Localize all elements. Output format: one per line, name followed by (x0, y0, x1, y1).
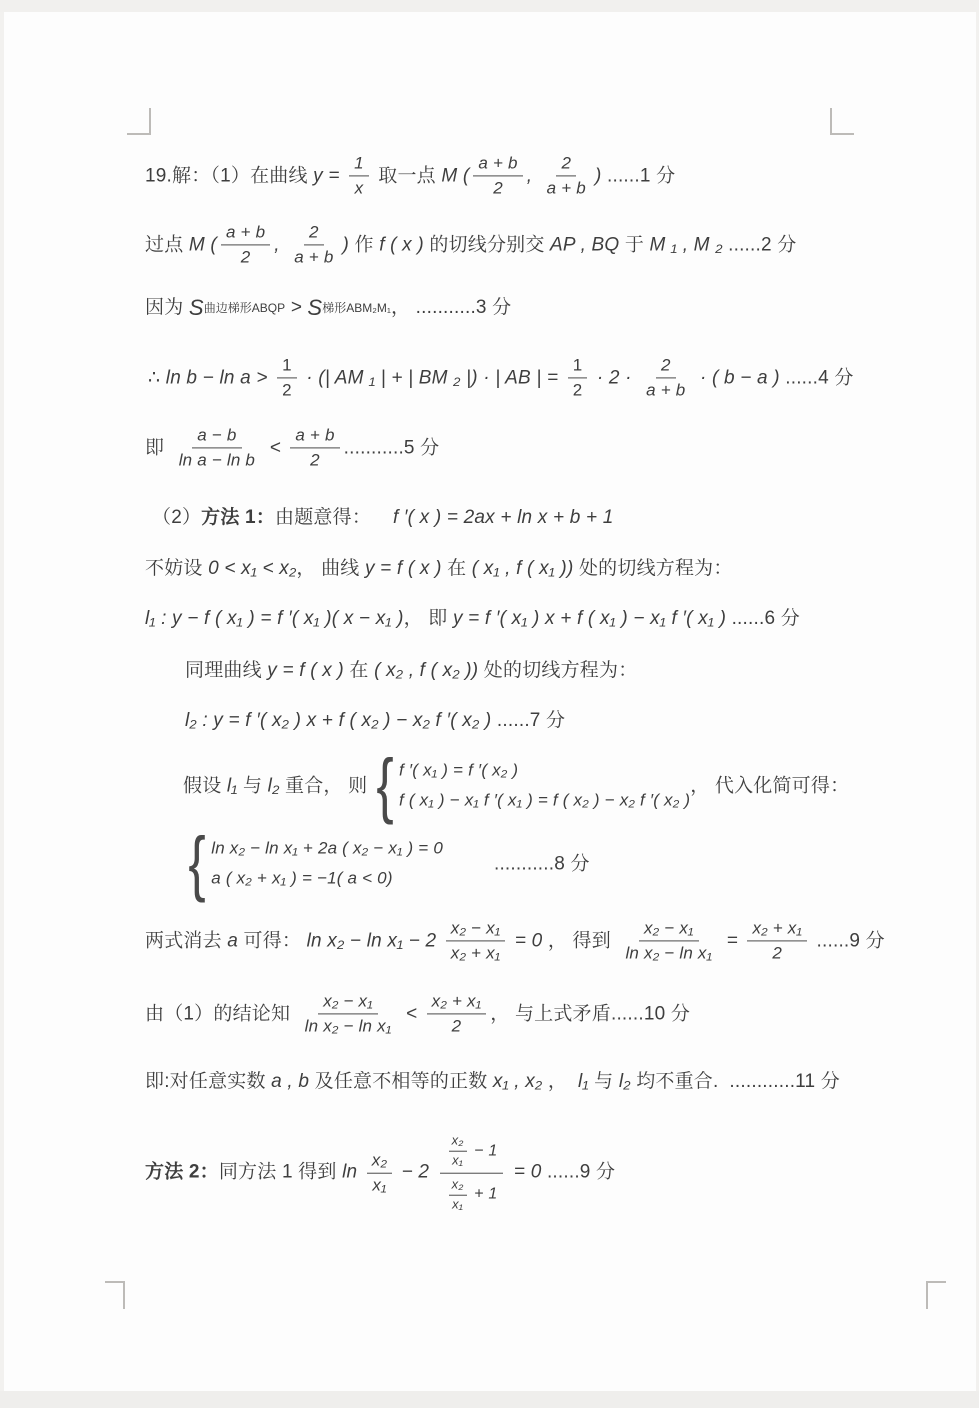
crop-mark-top-right (830, 108, 854, 135)
math-run: M ( (189, 232, 217, 258)
math-run: ( x₁ , f ( x₁ )) (472, 556, 579, 582)
fraction-denominator: 2 (277, 379, 297, 402)
text-run: 由（1）的结论知 (145, 1001, 296, 1027)
text-run: ， 得到 (548, 928, 617, 954)
math-run: = 0 (508, 1160, 547, 1186)
fraction: x₂ − x₁ln x₂ − ln x₁ (620, 917, 717, 964)
crop-mark-bottom-left (105, 1281, 125, 1309)
solution-line-1: 19.解：（1）在曲线 y = 1x 取一点 M ( a + b2 , 2a +… (145, 152, 675, 199)
score-marker: ......4 分 (785, 365, 853, 391)
fraction-numerator: x₂ − x₁ (446, 917, 506, 941)
fraction-denominator: x (350, 177, 369, 200)
solution-line-16: 方法 2： 同方法 1 得到 ln x₂x₁ − 2 x₂x₁ − 1 x₂x₁… (145, 1133, 615, 1214)
score-marker: ......9 分 (547, 1160, 615, 1186)
score-marker: ......1 分 (607, 163, 675, 189)
math-run: · ( b − a ) (694, 365, 785, 391)
text-run: 处的切线方程为： (484, 658, 638, 684)
text-run: ， 曲线 (296, 556, 365, 582)
fraction-denominator: ln x₂ − ln x₁ (300, 1015, 397, 1038)
math-run: < (264, 435, 286, 461)
fraction-numerator: x₂ − x₁ (639, 917, 699, 941)
math-run: x₁ , x₂ (493, 1069, 548, 1095)
math-run: ) (595, 163, 607, 189)
solution-line-9: 同理曲线 y = f ( x ) 在 ( x₂ , f ( x₂ )) 处的切线… (185, 658, 637, 684)
math-run: f ′( x ) = 2ax + ln x + b + 1 (393, 505, 614, 531)
solution-line-12: { ln x₂ − ln x₁ + 2a ( x₂ − x₁ ) = 0 a (… (185, 833, 590, 894)
solution-line-3: 因为 S曲边梯形ABQP > S梯形ABM₂M₁ ， ...........3 … (145, 293, 511, 323)
math-run: > (285, 295, 307, 321)
score-marker: ...........5 分 (344, 435, 440, 461)
math-run: y = f ( x ) (365, 556, 447, 582)
fraction-denominator: 2 (236, 246, 256, 269)
score-marker: ...........8 分 (483, 851, 590, 877)
fraction-numerator: x₂ + x₁ (747, 917, 807, 941)
text-run: 可得： (244, 928, 307, 954)
text-run: 取一点 (373, 163, 442, 189)
solution-line-7: 不妨设 0 < x₁ < x₂ ， 曲线 y = f ( x ) 在 ( x₁ … (145, 556, 733, 582)
math-run: − 1 (470, 1140, 498, 1162)
nested-fraction-denominator: x₂x₁ + 1 (440, 1174, 504, 1214)
math-run: , (274, 232, 285, 258)
text-run: （2） (152, 505, 201, 531)
score-marker: ......2 分 (728, 232, 796, 258)
solution-line-4: ∴ ln b − ln a > 12 · (| AM ₁ | + | BM ₂ … (148, 354, 854, 401)
solution-line-2: 过点 M ( a + b2 , 2a + b ) 作 f ( x ) 的切线分别… (145, 221, 796, 268)
photo-edge-top (0, 0, 979, 12)
text-run: ， 即 (404, 606, 453, 632)
fraction-numerator: x₂ (449, 1177, 467, 1196)
fraction-numerator: x₂ − x₁ (318, 990, 378, 1014)
solution-line-11: 假设 l₁ 与 l₂ 重合， 则 { f ′( x₁ ) = f ′( x₂ )… (183, 755, 849, 816)
system-equation-2: f ( x₁ ) − x₁ f ′( x₁ ) = f ( x₂ ) − x₂ … (399, 790, 690, 813)
fraction-numerator: a + b (290, 424, 339, 448)
method-2-label: 方法 2： (145, 1160, 219, 1186)
system-equation-2: a ( x₂ + x₁ ) = −1( a < 0) (211, 868, 443, 891)
nested-fraction: x₂x₁ − 1 x₂x₁ + 1 (440, 1133, 504, 1214)
text-run: 同方法 1 得到 (219, 1160, 342, 1186)
equation-system: { f ′( x₁ ) = f ′( x₂ ) f ( x₁ ) − x₁ f … (373, 755, 690, 816)
system-equation-1: ln x₂ − ln x₁ + 2a ( x₂ − x₁ ) = 0 (211, 838, 443, 861)
math-run: S (307, 293, 322, 323)
fraction-numerator: 1 (568, 354, 588, 378)
text-run: 因为 (145, 295, 189, 321)
text-run: 重合， 则 (285, 773, 373, 799)
math-run: ( x₂ , f ( x₂ )) (374, 658, 484, 684)
fraction-denominator: x₁ (367, 1174, 391, 1197)
fraction-denominator: ln x₂ − ln x₁ (620, 942, 717, 965)
fraction-denominator: 2 (488, 177, 508, 200)
crop-mark-top-left (127, 108, 151, 135)
text-run: ， (548, 1069, 578, 1095)
math-run: 0 < x₁ < x₂ (208, 556, 296, 582)
math-run: = (721, 928, 743, 954)
fraction-denominator: a + b (641, 379, 690, 402)
fraction-numerator: a + b (473, 152, 522, 176)
score-marker: ......6 分 (732, 606, 800, 632)
text-run: 与 (243, 773, 268, 799)
fraction: x₂ − x₁ln x₂ − ln x₁ (300, 990, 397, 1037)
fraction-numerator: x₂ + x₁ (427, 990, 487, 1014)
score-marker: ， ...........3 分 (391, 295, 511, 321)
text-run: 由题意得： (275, 505, 393, 531)
math-run: AP , BQ (550, 232, 625, 258)
math-run: , (527, 163, 538, 189)
text-run: 不妨设 (145, 556, 208, 582)
fraction-denominator: 2 (767, 942, 787, 965)
solution-line-6: （2） 方法 1： 由题意得： f ′( x ) = 2ax + ln x + … (152, 505, 614, 531)
fraction-denominator: 2 (447, 1015, 467, 1038)
solution-line-14: 由（1）的结论知 x₂ − x₁ln x₂ − ln x₁ < x₂ + x₁2… (145, 990, 690, 1037)
solution-line-13: 两式消去 a 可得： ln x₂ − ln x₁ − 2 x₂ − x₁x₂ +… (145, 917, 885, 964)
score-marker: ......7 分 (497, 708, 565, 734)
text-run: 两式消去 (145, 928, 227, 954)
text-run: 即:对任意实数 (145, 1069, 271, 1095)
math-run: ln (342, 1160, 363, 1186)
text-run: 与 (594, 1069, 619, 1095)
fraction-denominator: a + b (289, 246, 338, 269)
text-run: 作 (355, 232, 380, 258)
math-run: l₂ (268, 773, 285, 799)
math-run: a , b (271, 1069, 314, 1095)
math-run: + 1 (470, 1184, 498, 1206)
crop-mark-bottom-right (926, 1281, 946, 1309)
math-run: y = f ( x ) (267, 658, 349, 684)
math-run: y = f ′( x₁ ) x + f ( x₁ ) − x₁ f ′( x₁ … (453, 606, 732, 632)
area-subscript: 曲边梯形ABQP (204, 300, 285, 316)
score-marker: ， 与上式矛盾......10 分 (490, 1001, 690, 1027)
system-equation-1: f ′( x₁ ) = f ′( x₂ ) (399, 760, 690, 783)
text-run: 于 (625, 232, 650, 258)
fraction: a + b2 (221, 221, 270, 268)
fraction: a + b2 (473, 152, 522, 199)
score-marker: ......9 分 (811, 928, 885, 954)
fraction-denominator: x₁ (449, 1195, 466, 1213)
fraction-denominator: x₂ + x₁ (446, 942, 506, 965)
fraction: x₂x₁ (449, 1177, 467, 1214)
text-run: 及任意不相等的正数 (315, 1069, 493, 1095)
fraction-numerator: 2 (304, 221, 324, 245)
solution-line-10: l₂ : y = f ′( x₂ ) x + f ( x₂ ) − x₂ f ′… (185, 708, 565, 734)
fraction-denominator: ln a − ln b (174, 449, 260, 472)
text-run: 处的切线方程为： (579, 556, 733, 582)
fraction-numerator: 1 (277, 354, 297, 378)
text-run: 在 (349, 658, 374, 684)
fraction: 1x (349, 152, 369, 199)
math-run: l₁ (578, 1069, 594, 1095)
fraction-denominator: 2 (305, 449, 325, 472)
fraction: x₂ − x₁x₂ + x₁ (446, 917, 506, 964)
score-marker: 均不重合. ............11 分 (636, 1069, 840, 1095)
text-run: 即 (145, 435, 170, 461)
area-subscript: 梯形ABM₂M₁ (322, 300, 391, 316)
fraction: 2a + b (641, 354, 690, 401)
fraction-denominator: a + b (542, 177, 591, 200)
math-run: − 2 (396, 1160, 435, 1186)
fraction-numerator: x₂ (449, 1133, 467, 1152)
math-run: y = (313, 163, 345, 189)
math-run: l₁ : y − f ( x₁ ) = f ′( x₁ )( x − x₁ ) (145, 606, 404, 632)
math-run: ∴ ln b − ln a > (148, 365, 273, 391)
math-run: l₁ (227, 773, 243, 799)
text-run: 过点 (145, 232, 189, 258)
math-run: < (400, 1001, 422, 1027)
equation-system: { ln x₂ − ln x₁ + 2a ( x₂ − x₁ ) = 0 a (… (185, 833, 443, 894)
fraction-numerator: a + b (221, 221, 270, 245)
solution-line-5: 即 a − bln a − ln b < a + b2 ...........5… (145, 424, 439, 471)
text-run: 假设 (183, 773, 227, 799)
math-run: a (227, 928, 243, 954)
fraction-numerator: a − b (192, 424, 241, 448)
math-run: S (189, 293, 204, 323)
method-1-label: 方法 1： (201, 505, 275, 531)
math-run: ln x₂ − ln x₁ − 2 (307, 928, 442, 954)
math-run: · 2 · (591, 365, 637, 391)
fraction: 12 (277, 354, 297, 401)
text-run: 在 (447, 556, 472, 582)
text-run: 19.解：（1）在曲线 (145, 163, 313, 189)
text-run: ， 代入化简可得： (690, 773, 849, 799)
nested-fraction-numerator: x₂x₁ − 1 (440, 1133, 504, 1174)
fraction: 2a + b (289, 221, 338, 268)
fraction: x₂x₁ (449, 1133, 467, 1170)
fraction-numerator: 2 (656, 354, 676, 378)
math-run: l₂ (619, 1069, 636, 1095)
fraction: x₂x₁ (367, 1149, 392, 1196)
math-run: l₂ : y = f ′( x₂ ) x + f ( x₂ ) − x₂ f ′… (185, 708, 497, 734)
fraction-numerator: 1 (349, 152, 369, 176)
solution-line-15: 即:对任意实数 a , b 及任意不相等的正数 x₁ , x₂ ， l₁ 与 l… (145, 1069, 840, 1095)
fraction: 2a + b (542, 152, 591, 199)
photo-edge-bottom (0, 1391, 979, 1408)
fraction-denominator: x₁ (449, 1152, 466, 1170)
fraction: a − bln a − ln b (174, 424, 260, 471)
fraction: x₂ + x₁2 (427, 990, 487, 1037)
math-run: = 0 (509, 928, 548, 954)
fraction: a + b2 (290, 424, 339, 471)
math-run: M ( (441, 163, 469, 189)
fraction: 12 (568, 354, 588, 401)
math-run: f ( x ) (379, 232, 429, 258)
solution-line-8: l₁ : y − f ( x₁ ) = f ′( x₁ )( x − x₁ ) … (145, 606, 800, 632)
math-run: M ₁ , M ₂ (650, 232, 729, 258)
math-run: · (| AM ₁ | + | BM ₂ |) · | AB | = (301, 365, 564, 391)
left-brace: { (188, 833, 205, 894)
fraction-numerator: 2 (556, 152, 576, 176)
text-run: 的切线分别交 (429, 232, 550, 258)
fraction-numerator: x₂ (367, 1149, 392, 1173)
text-run: 同理曲线 (185, 658, 267, 684)
math-run: ) (343, 232, 355, 258)
left-brace: { (376, 755, 393, 816)
fraction: x₂ + x₁2 (747, 917, 807, 964)
fraction-denominator: 2 (568, 379, 588, 402)
